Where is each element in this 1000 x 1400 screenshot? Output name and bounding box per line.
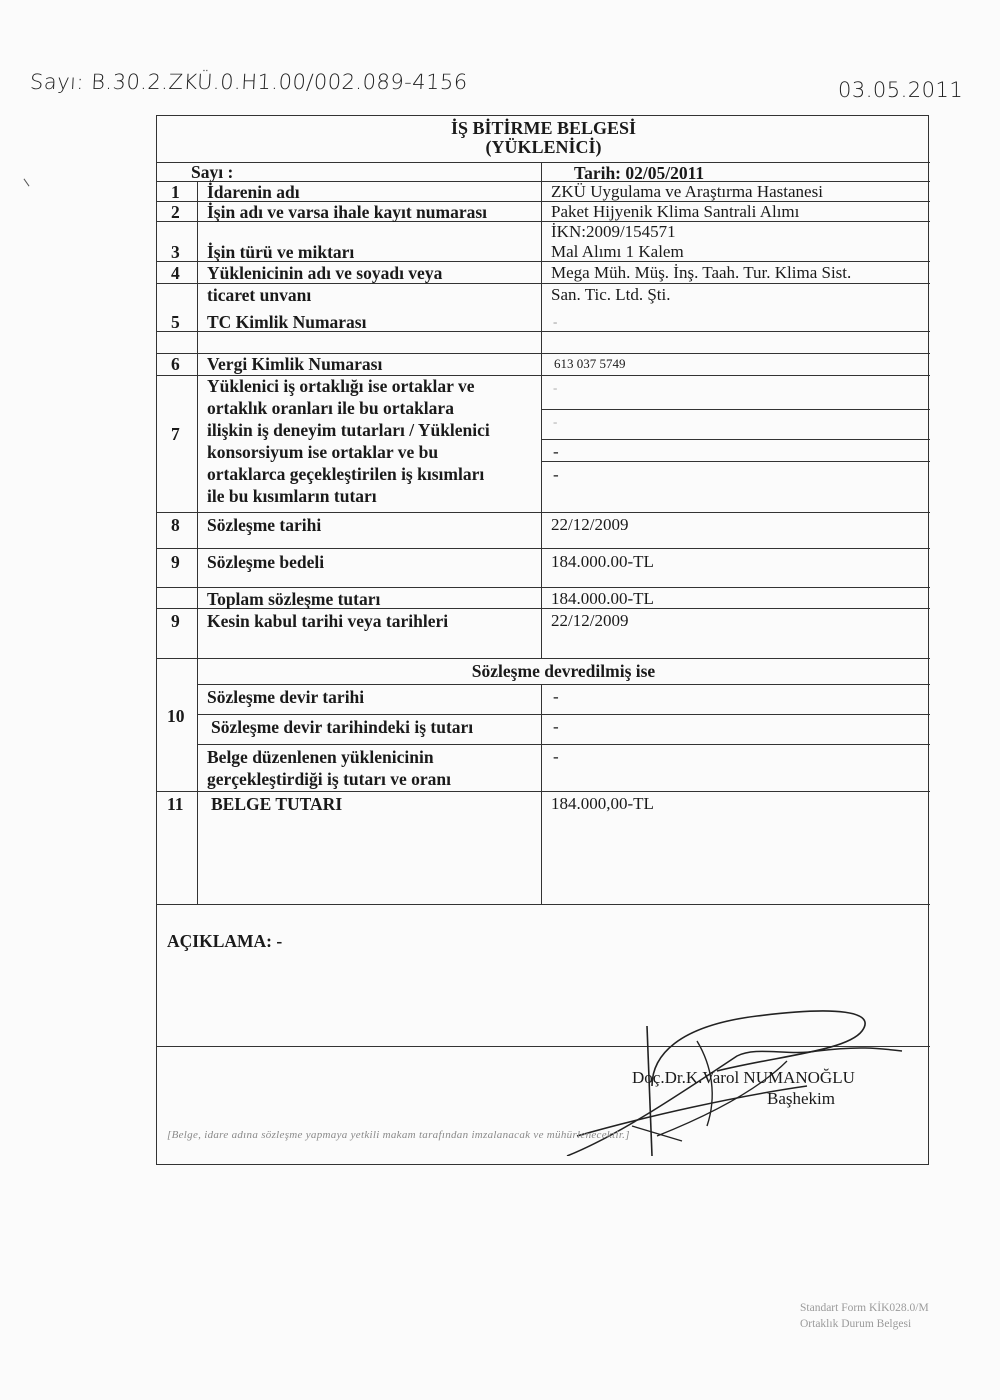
row-label: ticaret unvanı bbox=[207, 285, 311, 305]
signature-instruction-note: [Belge, idare adına sözleşme yapmaya yet… bbox=[167, 1129, 630, 1141]
row-value: San. Tic. Ltd. Şti. bbox=[551, 285, 671, 305]
row-value: 22/12/2009 bbox=[551, 611, 628, 631]
signatory-name: Doç.Dr.K.Varol NUMANOĞLU bbox=[632, 1068, 855, 1088]
row-label: Belge düzenlenen yüklenicinin bbox=[207, 747, 434, 767]
row-label: Sözleşme bedeli bbox=[207, 552, 324, 572]
row-value: - bbox=[553, 378, 557, 398]
certificate-amount-value: 184.000,00-TL bbox=[551, 794, 654, 814]
row-number: 5 bbox=[171, 312, 180, 332]
handwritten-reference-number: Sayı: B.30.2.ZKÜ.0.H1.00/002.089-4156 bbox=[29, 70, 468, 94]
row-label: Toplam sözleşme tutarı bbox=[207, 589, 380, 609]
certificate-amount-label: BELGE TUTARI bbox=[211, 794, 342, 814]
row-value: Mal Alımı 1 Kalem bbox=[551, 242, 684, 262]
row-label: Sözleşme tarihi bbox=[207, 515, 321, 535]
row-value: 613 037 5749 bbox=[554, 354, 626, 374]
form-title: İŞ BİTİRME BELGESİ bbox=[157, 118, 930, 138]
footer-form-name: Ortaklık Durum Belgesi bbox=[800, 1316, 929, 1332]
row-number: 3 bbox=[171, 242, 180, 262]
row-value: - bbox=[553, 442, 559, 462]
row-number: 8 bbox=[171, 515, 180, 535]
row-number: 1 bbox=[171, 182, 180, 202]
row-value: - bbox=[553, 747, 559, 767]
work-completion-certificate-form: İŞ BİTİRME BELGESİ (YÜKLENİCİ) Sayı : Ta… bbox=[156, 115, 929, 1165]
row-number: 6 bbox=[171, 354, 180, 374]
row-label: Yüklenicinin adı ve soyadı veya bbox=[207, 263, 442, 283]
row-label: konsorsiyum ise ortaklar ve bu bbox=[207, 442, 438, 462]
row-label: TC Kimlik Numarası bbox=[207, 312, 366, 332]
row-value: 184.000.00-TL bbox=[551, 552, 654, 572]
row-label: İşin türü ve miktarı bbox=[207, 242, 354, 262]
row-value: - bbox=[553, 412, 557, 432]
explanation: AÇIKLAMA: - bbox=[167, 931, 282, 951]
sayi-label: Sayı : bbox=[191, 162, 233, 182]
row-value: - bbox=[553, 687, 559, 707]
form-footer: Standart Form KİK028.0/M Ortaklık Durum … bbox=[800, 1300, 929, 1332]
row-value: Paket Hijyenik Klima Santrali Alımı bbox=[551, 202, 799, 222]
row-number: 9 bbox=[171, 552, 180, 572]
row-label: ortaklarca geçekleştirilen iş kısımları bbox=[207, 464, 484, 484]
row-number: 10 bbox=[167, 706, 185, 726]
form-subtitle: (YÜKLENİCİ) bbox=[157, 137, 930, 157]
row-label: Vergi Kimlik Numarası bbox=[207, 354, 382, 374]
row-label: İşin adı ve varsa ihale kayıt numarası bbox=[207, 202, 487, 222]
row-label: gerçekleştirdiği iş tutarı ve oranı bbox=[207, 769, 451, 789]
row-value: 184.000.00-TL bbox=[551, 589, 654, 609]
row-value: 22/12/2009 bbox=[551, 515, 628, 535]
row-number: 2 bbox=[171, 202, 180, 222]
row-value: - bbox=[553, 465, 559, 485]
row-value: İKN:2009/154571 bbox=[551, 222, 676, 242]
row-label: Sözleşme devir tarihindeki iş tutarı bbox=[211, 717, 473, 737]
transfer-heading: Sözleşme devredilmiş ise bbox=[197, 661, 930, 681]
row-value: Mega Müh. Müş. İnş. Taah. Tur. Klima Sis… bbox=[551, 263, 851, 283]
signatory-title: Başhekim bbox=[767, 1089, 835, 1109]
footer-form-code: Standart Form KİK028.0/M bbox=[800, 1300, 929, 1316]
row-label: Kesin kabul tarihi veya tarihleri bbox=[207, 611, 448, 631]
tarih-label: Tarih: 02/05/2011 bbox=[574, 163, 704, 183]
row-label: ilişkin iş deneyim tutarları / Yüklenici bbox=[207, 420, 490, 440]
row-value: ZKÜ Uygulama ve Araştırma Hastanesi bbox=[551, 182, 823, 202]
row-label: ile bu kısımların tutarı bbox=[207, 486, 377, 506]
row-value: - bbox=[553, 312, 557, 332]
row-label: ortaklık oranları ile bu ortaklara bbox=[207, 398, 454, 418]
row-number: 7 bbox=[171, 424, 180, 444]
row-label: Sözleşme devir tarihi bbox=[207, 687, 364, 707]
row-value: - bbox=[553, 717, 559, 737]
row-number: 4 bbox=[171, 263, 180, 283]
stray-pen-mark bbox=[24, 179, 30, 187]
row-label: Yüklenici iş ortaklığı ise ortaklar ve bbox=[207, 376, 475, 396]
row-number: 9 bbox=[171, 611, 180, 631]
row-label: İdarenin adı bbox=[207, 182, 300, 202]
row-number: 11 bbox=[167, 794, 184, 814]
handwritten-date: 03.05.2011 bbox=[838, 78, 963, 102]
